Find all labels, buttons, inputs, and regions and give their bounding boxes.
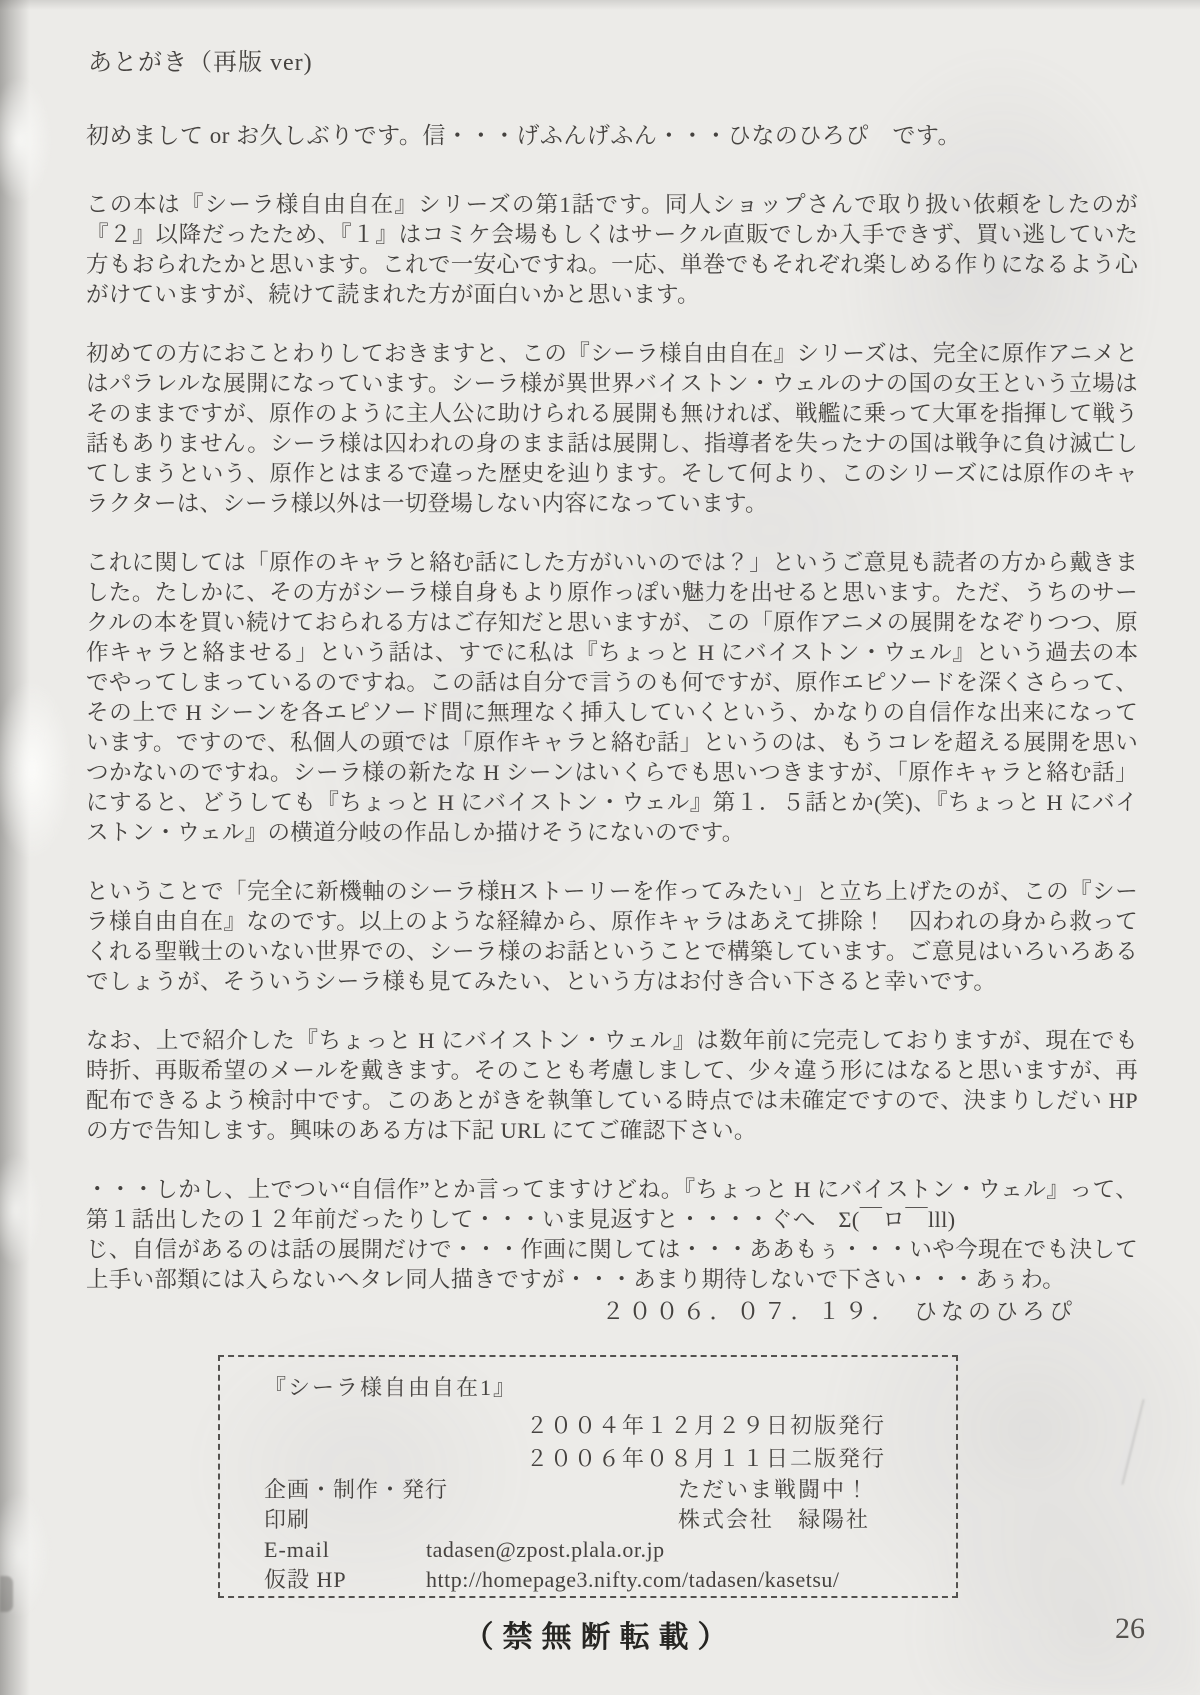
afterword-text-column: あとがき（再版 ver) 初めまして or お久しぶりです。信・・・げふんげふん…	[86, 42, 1138, 1327]
colophon-label: 仮設 HP	[264, 1565, 426, 1595]
homepage-url-text: http://homepage3.nifty.com/tadasen/kaset…	[426, 1565, 840, 1595]
scanned-page: あとがき（再版 ver) 初めまして or お久しぶりです。信・・・げふんげふん…	[0, 0, 1200, 1695]
colophon-label: 印刷	[264, 1505, 310, 1535]
reprint-prohibited-notice: （禁無断転載）	[0, 1612, 1200, 1656]
edition-first: ２００４年１２月２９日初版発行	[264, 1409, 920, 1442]
paper-edge-smudge	[0, 1576, 13, 1612]
paper-crease	[1121, 1399, 1144, 1485]
colophon-label: E-mail	[264, 1535, 426, 1565]
body-paragraph-3: これに関しては「原作のキャラと絡む話にした方がいいのでは？」というご意見も読者の…	[86, 548, 1138, 848]
colophon-row-email: E-mail tadasen@zpost.plala.or.jp	[264, 1535, 920, 1565]
colophon-row-homepage: 仮設 HP http://homepage3.nifty.com/tadasen…	[264, 1565, 920, 1595]
page-title: あとがき（再版 ver)	[88, 42, 1136, 77]
colophon-box: 『シーラ様自由自在1』 ２００４年１２月２９日初版発行 ２００６年０８月１１日二…	[218, 1355, 958, 1598]
paper-top-edge-shadow	[0, 0, 1200, 10]
colophon-row-printer: 印刷 株式会社 緑陽社	[264, 1505, 920, 1535]
colophon-value: 株式会社 緑陽社	[678, 1505, 920, 1535]
colophon-value: ただいま戦闘中！	[678, 1475, 920, 1505]
body-paragraph-2: 初めての方におことわりしておきますと、この『シーラ様自由自在』シリーズは、完全に…	[86, 339, 1138, 519]
colophon-label: 企画・制作・発行	[264, 1475, 448, 1505]
colophon-title: 『シーラ様自由自在1』	[264, 1371, 920, 1405]
body-paragraph-4: ということで「完全に新機軸のシーラ様Hストーリーを作ってみたい」と立ち上げたのが…	[86, 877, 1138, 997]
page-number: 26	[1115, 1612, 1145, 1646]
greeting-line: 初めまして or お久しぶりです。信・・・げふんげふん・・・ひなのひろぴ です。	[86, 117, 1138, 150]
signoff-date: ２００６．０７．１９． ひなのひろぴ	[86, 1297, 1138, 1327]
body-paragraph-5: なお、上で紹介した『ちょっと H にバイストン・ウェル』は数年前に完売しておりま…	[86, 1026, 1138, 1146]
postscript-block: ・・・しかし、上でつい“自信作”とか言ってますけどね。『ちょっと H にバイスト…	[86, 1175, 1138, 1295]
body-paragraph-1: この本は『シーラ様自由自在』シリーズの第1話です。同人ショップさんで取り扱い依頼…	[86, 190, 1138, 310]
email-address-text: tadasen@zpost.plala.or.jp	[426, 1535, 665, 1565]
postscript-line-2: じ、自信があるのは話の展開だけで・・・作画に関しては・・・ああもぅ・・・いや今現…	[86, 1235, 1138, 1295]
colophon-row-publisher: 企画・制作・発行 ただいま戦闘中！	[264, 1475, 920, 1505]
edition-second: ２００６年０８月１１日二版発行	[264, 1442, 920, 1475]
postscript-line-1: ・・・しかし、上でつい“自信作”とか言ってますけどね。『ちょっと H にバイスト…	[86, 1175, 1138, 1235]
